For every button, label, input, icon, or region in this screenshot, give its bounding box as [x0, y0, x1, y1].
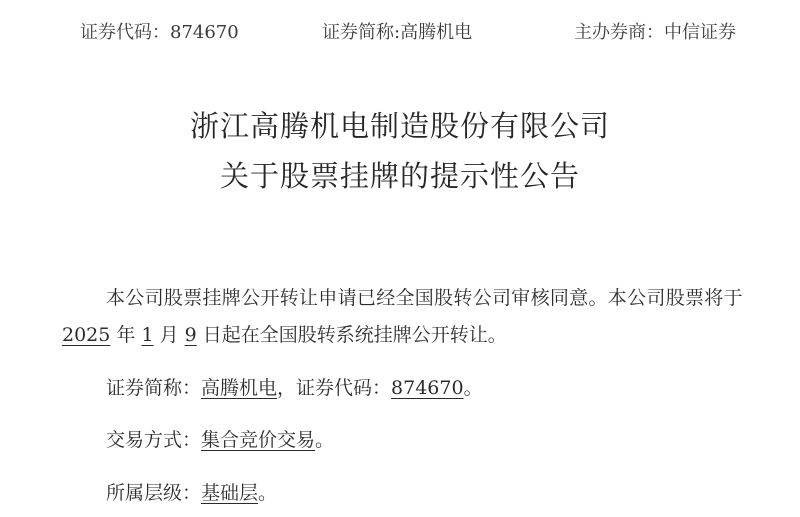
header-security-code: 证券代码：874670 — [80, 18, 239, 44]
paragraph-2-rest: 日起在全国股转系统挂牌公开转让。 — [197, 324, 507, 346]
listing-year: 2025 — [62, 324, 110, 346]
period: 。 — [464, 377, 483, 399]
trading-method-value: 集合竞价交易 — [201, 429, 315, 451]
period: 。 — [315, 429, 334, 451]
period: 。 — [258, 482, 277, 504]
header-broker-value: 中信证券 — [664, 22, 736, 43]
year-suffix: 年 — [110, 324, 141, 346]
month-suffix: 月 — [154, 324, 185, 346]
listing-month: 1 — [141, 324, 153, 346]
abbr-value: 高腾机电 — [201, 377, 277, 399]
header-abbr-label: 证券简称: — [322, 22, 400, 43]
header-code-value: 874670 — [170, 22, 239, 43]
header-sponsor-broker: 主办券商：中信证券 — [574, 18, 736, 44]
market-tier-line: 所属层级：基础层。 — [106, 478, 277, 505]
header-security-abbr: 证券简称:高腾机电 — [322, 18, 472, 44]
header-abbr-value: 高腾机电 — [400, 22, 472, 43]
body-paragraph-1: 本公司股票挂牌公开转让申请已经全国股转公司审核同意。本公司股票将于 — [106, 283, 743, 310]
document-title-company: 浙江高腾机电制造股份有限公司 — [0, 104, 800, 145]
document-title-subject: 关于股票挂牌的提示性公告 — [0, 154, 800, 195]
market-tier-value: 基础层 — [201, 482, 258, 504]
abbr-label: 证券简称： — [106, 377, 201, 399]
code-value: 874670 — [391, 377, 464, 399]
header-broker-label: 主办券商： — [574, 22, 664, 43]
body-paragraph-2: 2025 年 1 月 9 日起在全国股转系统挂牌公开转让。 — [62, 320, 507, 347]
code-label: ，证券代码： — [277, 377, 391, 399]
trading-method-label: 交易方式： — [106, 429, 201, 451]
listing-day: 9 — [185, 324, 197, 346]
trading-method-line: 交易方式：集合竞价交易。 — [106, 425, 334, 452]
market-tier-label: 所属层级： — [106, 482, 201, 504]
security-info-line: 证券简称：高腾机电，证券代码：874670。 — [106, 373, 483, 400]
header-code-label: 证券代码： — [80, 22, 170, 43]
document-header: 证券代码：874670 证券简称:高腾机电 主办券商：中信证券 — [0, 18, 800, 46]
